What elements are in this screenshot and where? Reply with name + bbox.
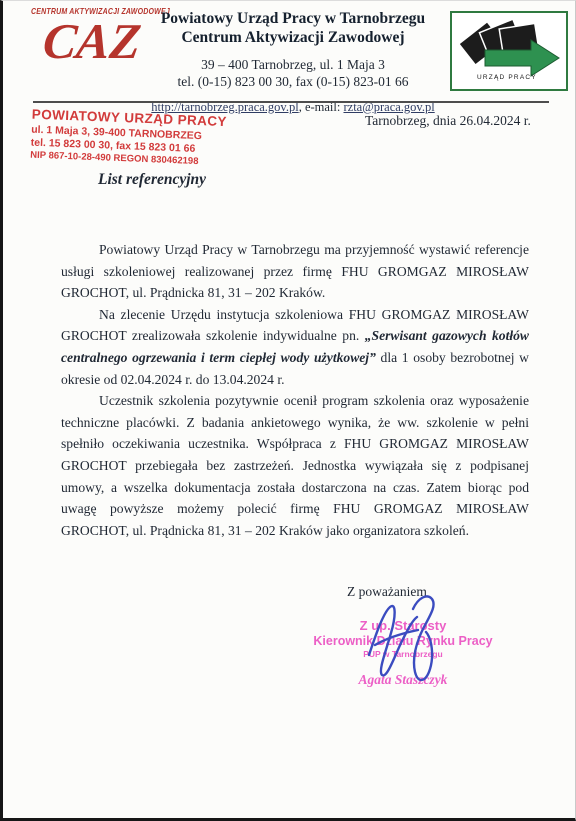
urzad-pracy-logo-icon: URZĄD PRACY [453,14,565,88]
place-and-date: Tarnobrzeg, dnia 26.04.2024 r. [365,113,531,129]
org-name-line1: Powiatowy Urząd Pracy w Tarnobrzegu [143,9,443,28]
paragraph-2: Na zlecenie Urzędu instytucja szkoleniow… [61,304,529,390]
org-address: 39 – 400 Tarnobrzeg, ul. 1 Maja 3 [143,57,443,74]
paragraph-1: Powiatowy Urząd Pracy w Tarnobrzegu ma p… [61,239,529,304]
letter-body: Powiatowy Urząd Pracy w Tarnobrzegu ma p… [61,239,529,541]
header-divider [33,101,549,103]
scanned-letter-page: CENTRUM AKTYWIZACJI ZAWODOWEJ CAZ Powiat… [0,0,576,821]
letterhead: Powiatowy Urząd Pracy w Tarnobrzegu Cent… [143,9,443,115]
caz-logo: CENTRUM AKTYWIZACJI ZAWODOWEJ CAZ [31,9,153,66]
org-phone-fax: tel. (0-15) 823 00 30, fax (0-15) 823-01… [143,74,443,91]
paragraph-3: Uczestnik szkolenia pozytywnie ocenił pr… [61,390,529,541]
red-office-stamp: POWIATOWY URZĄD PRACY ul. 1 Maja 3, 39-4… [30,107,262,171]
caz-logo-monogram: CAZ [29,18,156,66]
handwritten-signature [361,589,461,694]
org-name-line2: Centrum Aktywizacji Zawodowej [143,28,443,47]
pup-logo-caption: URZĄD PRACY [477,74,537,81]
document-title: List referencyjny [98,171,206,189]
urzad-pracy-logo: URZĄD PRACY [450,11,568,91]
